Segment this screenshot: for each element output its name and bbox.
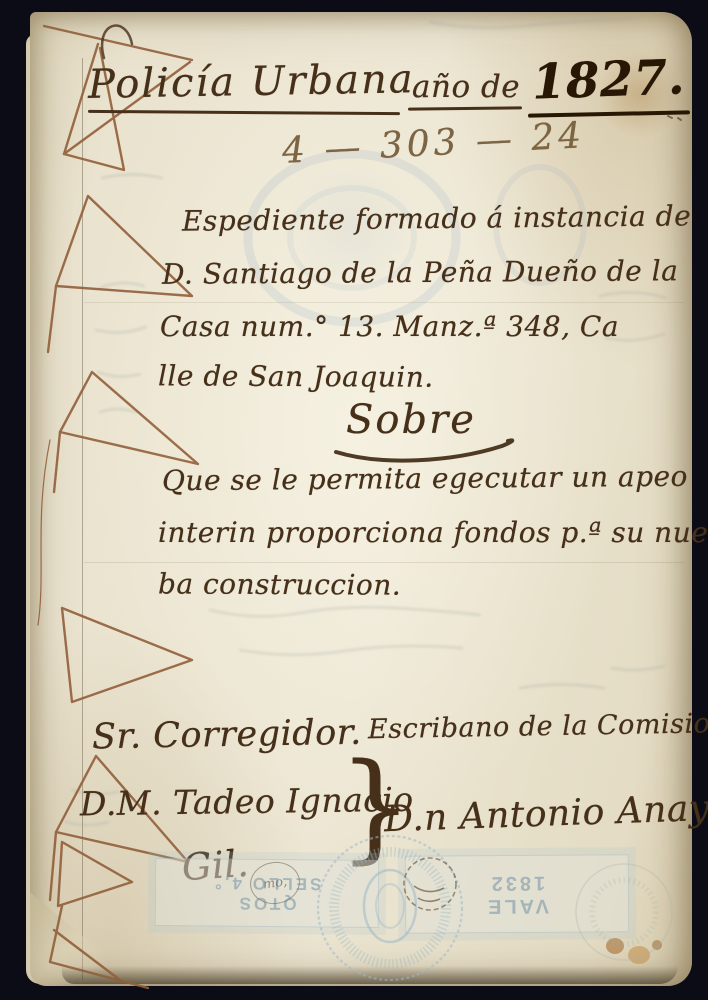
section-title: Policía Urbana bbox=[88, 57, 415, 107]
opening-line: Espediente formado á instancia de bbox=[182, 201, 691, 237]
bottom-page-curl bbox=[62, 966, 678, 984]
right-stamp-line2: VALE bbox=[485, 895, 549, 917]
subject-heading: Sobre bbox=[346, 398, 476, 442]
left-stamp-line1: SELLO 4.° bbox=[212, 874, 322, 894]
left-stamp-text: QTOS SELLO 4.° bbox=[212, 873, 322, 914]
paper-crease bbox=[84, 302, 684, 303]
right-revenue-stamp-bleed: VALE 1832 bbox=[398, 847, 637, 941]
right-stamp-line1: 1832 bbox=[489, 872, 546, 894]
signature-left-role: Sr. Corregidor. bbox=[92, 714, 362, 757]
year-prefix: año de bbox=[412, 70, 520, 104]
subject-line: ba construccion. bbox=[158, 569, 401, 601]
opening-line: Casa num.° 13. Manz.ª 348, Ca bbox=[160, 312, 619, 343]
paper-crease bbox=[84, 562, 684, 563]
year-value: 1827. bbox=[531, 51, 686, 109]
subject-line: interin proporciona fondos p.ª su nue bbox=[158, 518, 708, 549]
scanned-document-background: Policía Urbana año de 1827. 4 — 303 — 24… bbox=[0, 0, 708, 1000]
signature-right-role: Escribano de la Comision. bbox=[368, 709, 708, 745]
left-stamp-line2: QTOS bbox=[237, 894, 297, 914]
left-revenue-stamp-bleed: QTOS SELLO 4.° bbox=[148, 851, 387, 935]
binding-fold-line bbox=[82, 58, 83, 980]
opening-line: lle de San Joaquin. bbox=[158, 361, 434, 393]
right-stamp-text: VALE 1832 bbox=[485, 871, 549, 917]
opening-line: D. Santiago de la Peña Dueño de la bbox=[162, 256, 679, 290]
subject-line: Que se le permita egecutar un apeo bbox=[162, 462, 688, 497]
